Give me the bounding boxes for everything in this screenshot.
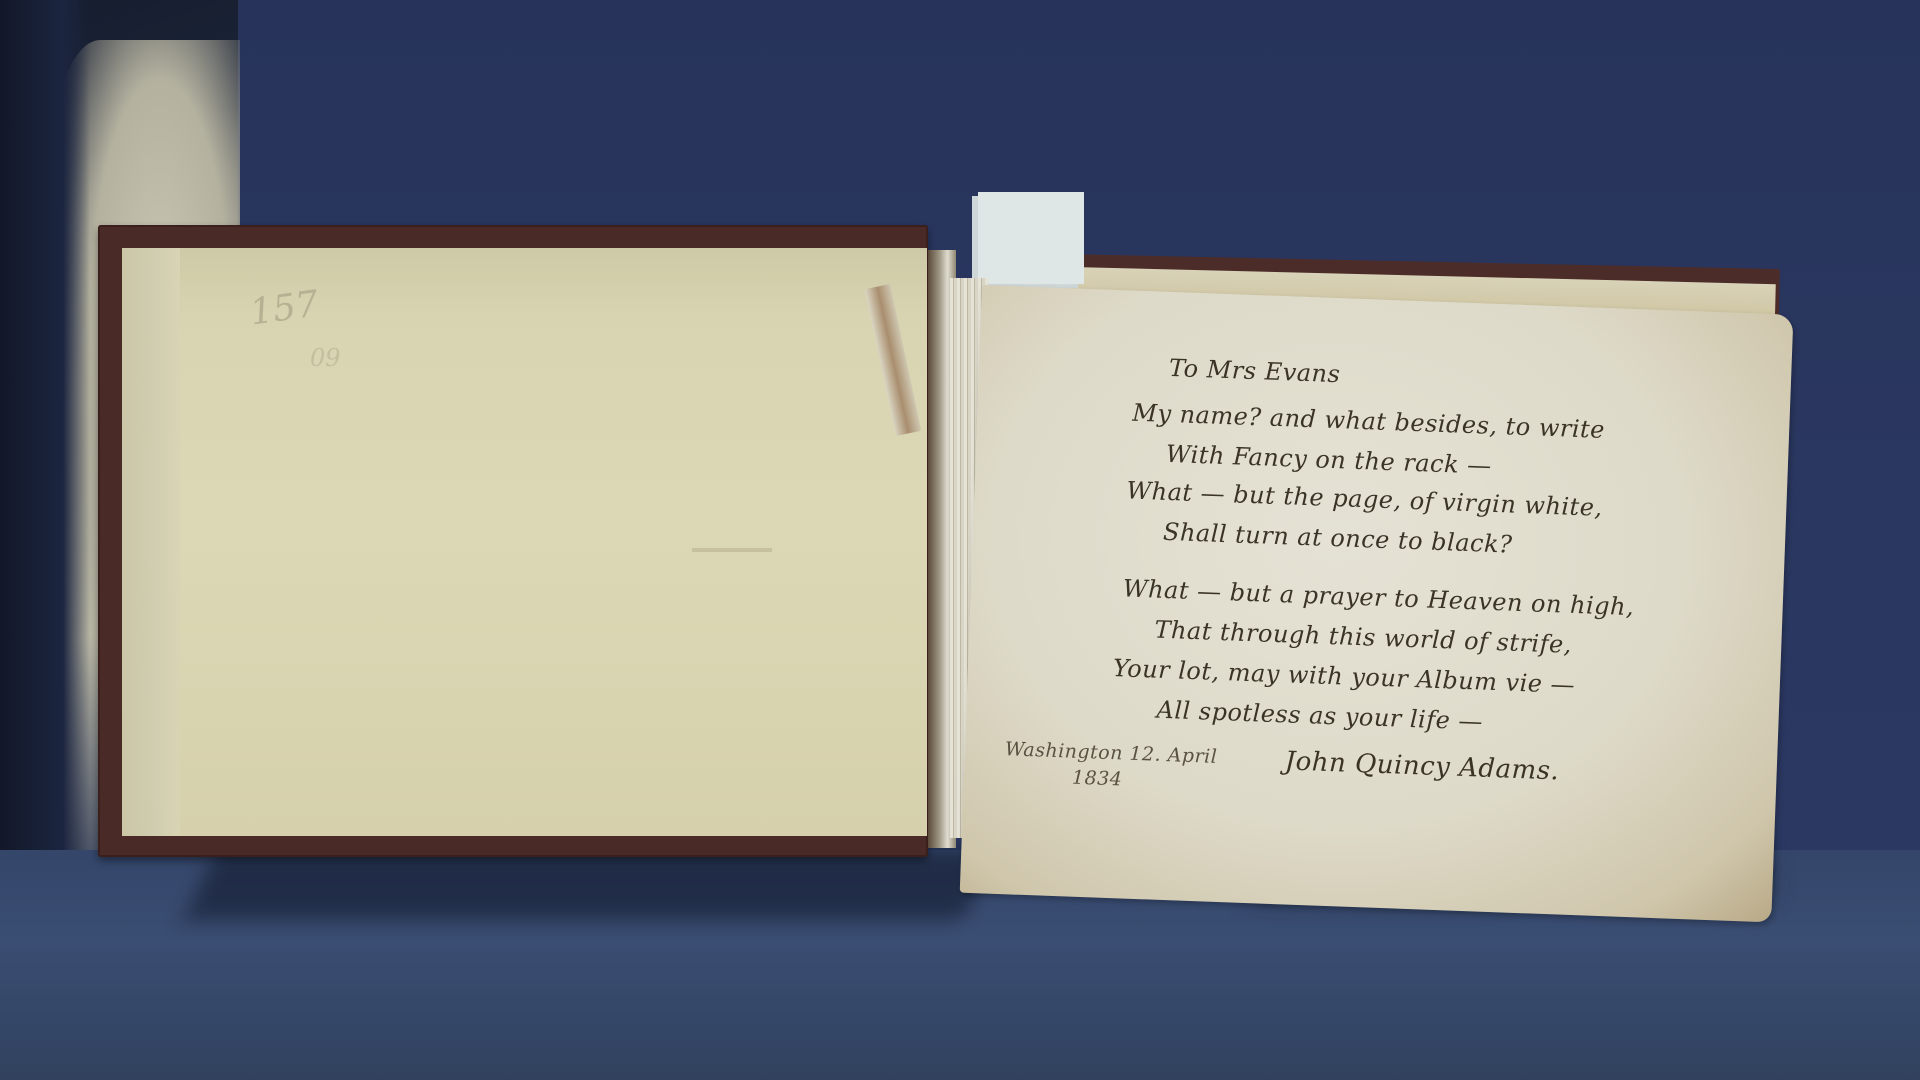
paper-bookmark [978, 192, 1084, 284]
place-date: Washington 12. April [1005, 738, 1218, 768]
poem-line: That through this world of strife, [1154, 616, 1572, 659]
signature: John Quincy Adams. [1284, 746, 1560, 786]
book-shadow [184, 850, 997, 920]
poem-line: Shall turn at once to black? [1163, 518, 1513, 559]
poem-line: My name? and what besides, to write [1132, 399, 1606, 444]
year: 1834 [1072, 767, 1123, 791]
right-page: To Mrs Evans My name? and what besides, … [960, 285, 1794, 922]
pencil-mark: 09 [310, 344, 341, 372]
left-endpaper: 157 09 [122, 248, 927, 836]
pencil-mark: 157 [247, 283, 321, 333]
shadow [0, 0, 90, 870]
poem-line: What — but a prayer to Heaven on high, [1122, 574, 1634, 621]
stain [692, 548, 772, 552]
poem-line: Your lot, may with your Album vie — [1113, 654, 1576, 699]
salutation: To Mrs Evans [1169, 354, 1341, 388]
poem-line: With Fancy on the rack — [1165, 440, 1492, 480]
poem-line: What — but the page, of virgin white, [1126, 476, 1603, 521]
poem-line: All spotless as your life — [1156, 696, 1483, 736]
endpaper-fold [122, 248, 180, 836]
